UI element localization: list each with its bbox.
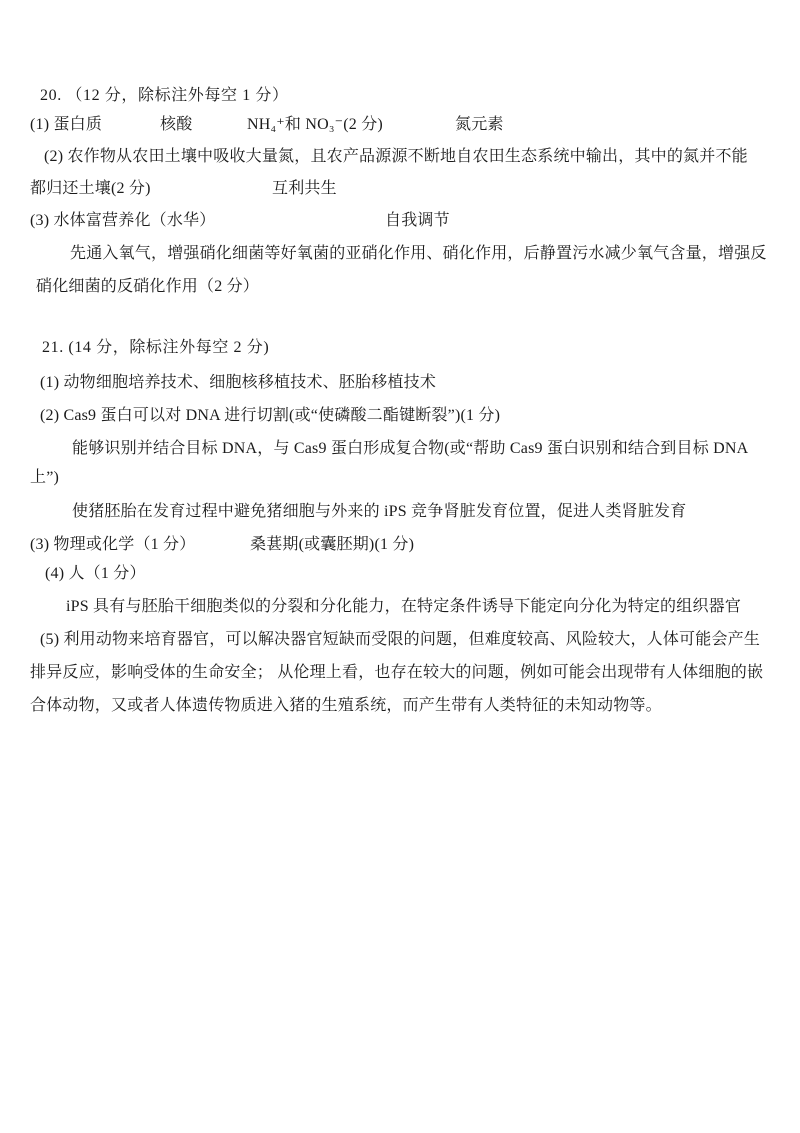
q20-answer1-protein: (1) 蛋白质: [30, 115, 102, 135]
document-page: 20. （12 分，除标注外每空 1 分） (1) 蛋白质 核酸 NH₄⁺和 N…: [0, 0, 800, 1133]
q21-answer2-line1: (2) Cas9 蛋白可以对 DNA 进行切割(或“使磷酸二酯键断裂”)(1 分…: [40, 406, 500, 426]
q21-answer3-method: (3) 物理或化学（1 分）: [30, 535, 195, 555]
q21-answer4-line2: iPS 具有与胚胎干细胞类似的分裂和分化能力，在特定条件诱导下能定向分化为特定的…: [66, 597, 741, 617]
q21-answer5-line1: (5) 利用动物来培育器官，可以解决器官短缺而受限的问题，但难度较高、风险较大，…: [40, 630, 760, 650]
q20-answer1-nitrogen: 氮元素: [455, 115, 504, 135]
q21-answer2-line4: 使猪胚胎在发育过程中避免猪细胞与外来的 iPS 竞争肾脏发育位置，促进人类肾脏发…: [72, 502, 686, 522]
q20-answer1-nucleic-acid: 核酸: [160, 115, 192, 135]
q20-answer3-line1: 先通入氧气，增强硝化细菌等好氧菌的亚硝化作用、硝化作用，后静置污水减少氧气含量，…: [70, 244, 767, 264]
q21-header: 21. (14 分，除标注外每空 2 分): [42, 338, 269, 358]
q20-answer2-line1: (2) 农作物从农田土壤中吸收大量氮，且农产品源源不断地自农田生态系统中输出，其…: [44, 147, 748, 167]
q20-answer2-line2: 都归还土壤(2 分): [30, 179, 151, 199]
q21-answer3-stage: 桑葚期(或囊胚期)(1 分): [250, 535, 414, 555]
q20-answer2-mutualism: 互利共生: [272, 179, 337, 199]
q20-answer3-eutrophication: (3) 水体富营养化（水华）: [30, 211, 215, 231]
q21-answer5-line3: 合体动物，又或者人体遗传物质进入猪的生殖系统，而产生带有人类特征的未知动物等。: [30, 696, 662, 716]
q21-answer2-line2: 能够识别并结合目标 DNA，与 Cas9 蛋白形成复合物(或“帮助 Cas9 蛋…: [72, 439, 748, 459]
q20-answer3-line2: 硝化细菌的反硝化作用（2 分）: [36, 277, 259, 297]
q20-header: 20. （12 分，除标注外每空 1 分）: [40, 86, 289, 106]
q21-answer5-line2: 排异反应，影响受体的生命安全； 从伦理上看，也存在较大的问题，例如可能会出现带有…: [30, 663, 763, 683]
q21-answer1: (1) 动物细胞培养技术、细胞核移植技术、胚胎移植技术: [40, 373, 436, 393]
q21-answer2-line3: 上”): [30, 468, 59, 488]
q21-answer4: (4) 人（1 分）: [45, 564, 146, 584]
q20-answer1-ions: NH₄⁺和 NO₃⁻(2 分): [247, 115, 383, 135]
q20-answer3-selfregulation: 自我调节: [385, 211, 450, 231]
